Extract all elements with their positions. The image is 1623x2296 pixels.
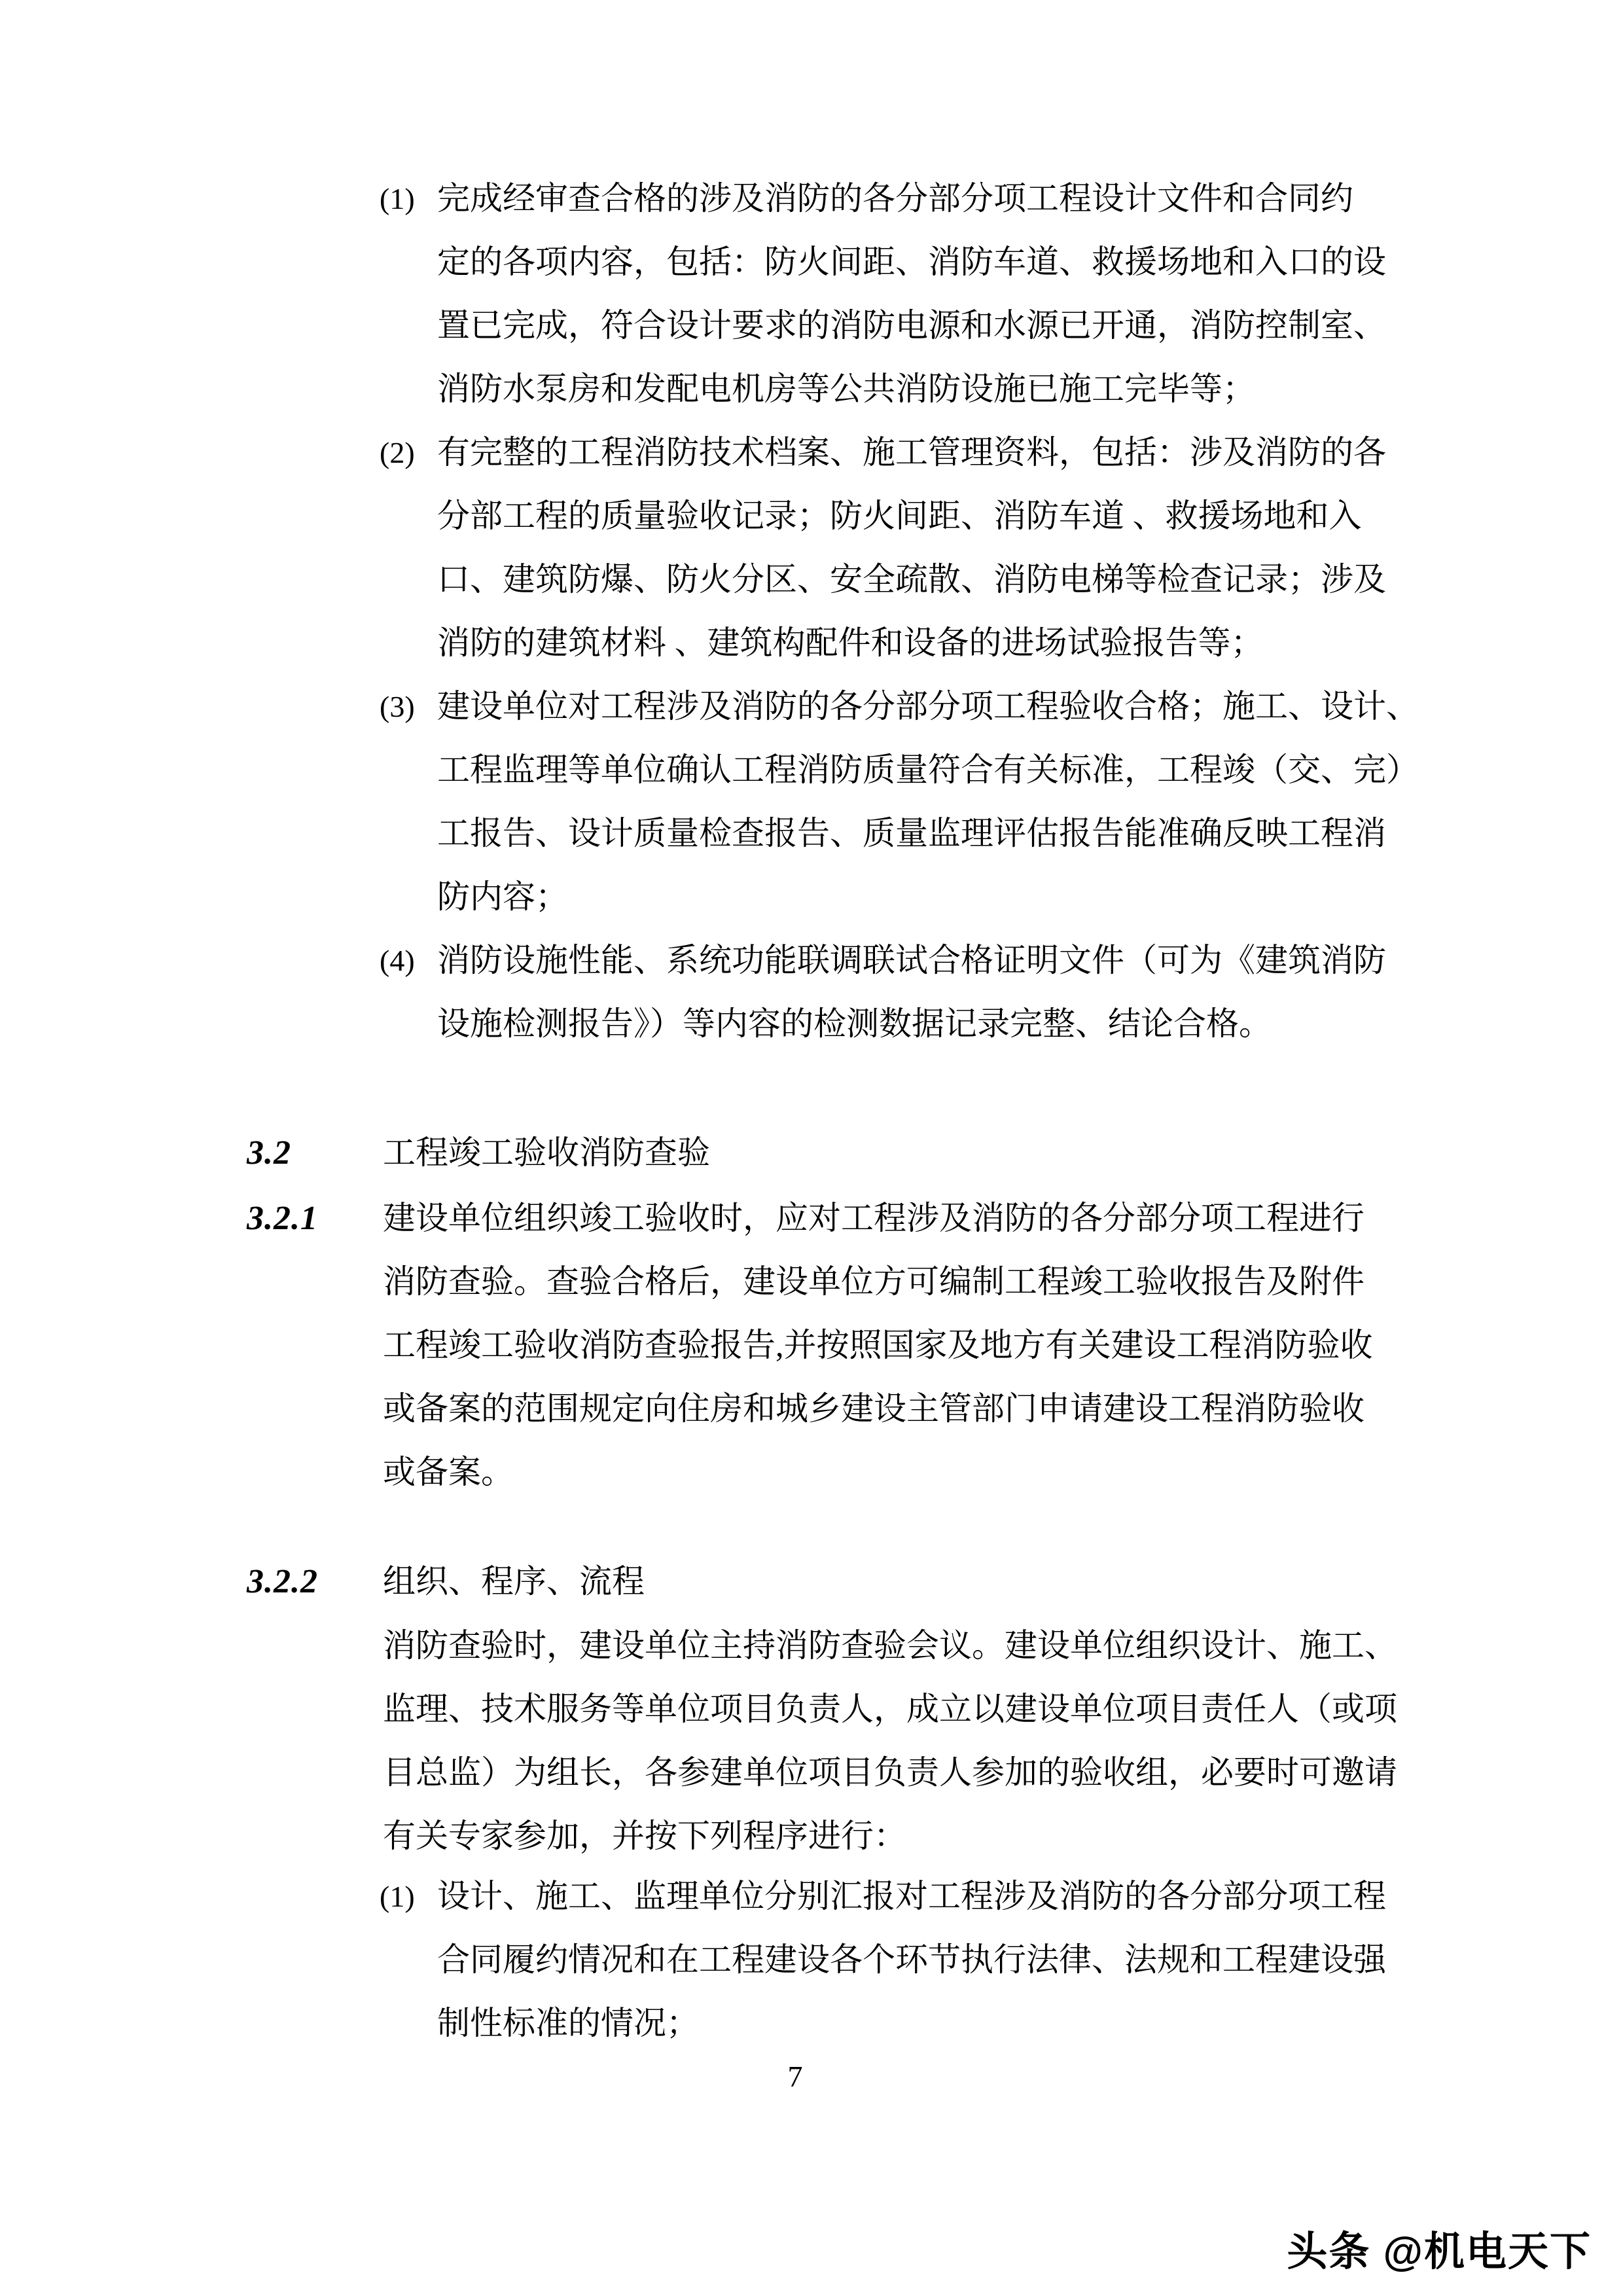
- text-line: 工报告、设计质量检查报告、质量监理评估报告能准确反映工程消: [437, 802, 1419, 865]
- text-line: 目总监）为组长，各参建单位项目负责人参加的验收组，必要时可邀请: [383, 1741, 1397, 1804]
- text-line: 合同履约情况和在工程建设各个环节执行法律、法规和工程建设强: [437, 1928, 1386, 1992]
- text-line: 防内容；: [437, 865, 1419, 929]
- text-line: 完成经审查合格的涉及消防的各分部分项工程设计文件和合同约: [437, 167, 1386, 230]
- text-line: 消防查验时，建设单位主持消防查验会议。建设单位组织设计、施工、: [383, 1614, 1397, 1677]
- page-number: 7: [0, 2057, 1590, 2096]
- section-number: 3.2.1: [247, 1187, 383, 1250]
- text-line: 有关专家参加，并按下列程序进行：: [383, 1804, 1397, 1868]
- section-number: 3.2: [247, 1121, 383, 1185]
- section-number: 3.2.2: [247, 1550, 383, 1613]
- list-item-text: 有完整的工程消防技术档案、施工管理资料，包括：涉及消防的各 分部工程的质量验收记…: [437, 421, 1386, 675]
- list-item: (3) 建设单位对工程涉及消防的各分部分项工程验收合格；施工、设计、 工程监理等…: [0, 675, 1419, 929]
- list-item-text: 设计、施工、监理单位分别汇报对工程涉及消防的各分部分项工程 合同履约情况和在工程…: [437, 1865, 1386, 2055]
- text-line: 口、建筑防爆、防火分区、安全疏散、消防电梯等检查记录；涉及: [437, 548, 1386, 611]
- procedure-list-item: (1) 设计、施工、监理单位分别汇报对工程涉及消防的各分部分项工程 合同履约情况…: [0, 1865, 1386, 2055]
- list-item: (2) 有完整的工程消防技术档案、施工管理资料，包括：涉及消防的各 分部工程的质…: [0, 421, 1419, 675]
- text-line: 建设单位组织竣工验收时，应对工程涉及消防的各分部分项工程进行: [383, 1187, 1373, 1250]
- list-item-text: 完成经审查合格的涉及消防的各分部分项工程设计文件和合同约 定的各项内容，包括：防…: [437, 167, 1386, 421]
- text-line: 设计、施工、监理单位分别汇报对工程涉及消防的各分部分项工程: [437, 1865, 1386, 1928]
- list-item-text: 建设单位对工程涉及消防的各分部分项工程验收合格；施工、设计、 工程监理等单位确认…: [437, 675, 1419, 929]
- text-line: 分部工程的质量验收记录；防火间距、消防车道 、救援场地和入: [437, 484, 1386, 548]
- text-line: 设施检测报告》）等内容的检测数据记录完整、结论合格。: [437, 992, 1386, 1056]
- text-line: 监理、技术服务等单位项目负责人，成立以建设单位项目责任人（或项: [383, 1677, 1397, 1741]
- list-item-marker: (1): [380, 167, 437, 230]
- list-item-marker: (4): [380, 929, 437, 992]
- text-line: 定的各项内容，包括：防火间距、消防车道、救援场地和入口的设: [437, 230, 1386, 294]
- text-line: 工程监理等单位确认工程消防质量符合有关标准，工程竣（交、完）: [437, 738, 1419, 802]
- text-line: 或备案的范围规定向住房和城乡建设主管部门申请建设工程消防验收: [383, 1377, 1373, 1441]
- text-line: 消防查验。查验合格后，建设单位方可编制工程竣工验收报告及附件: [383, 1250, 1373, 1314]
- text-line: 建设单位对工程涉及消防的各分部分项工程验收合格；施工、设计、: [437, 675, 1419, 738]
- section-title: 组织、程序、流程: [383, 1550, 645, 1613]
- text-line: 有完整的工程消防技术档案、施工管理资料，包括：涉及消防的各: [437, 421, 1386, 484]
- requirements-list: (1) 完成经审查合格的涉及消防的各分部分项工程设计文件和合同约 定的各项内容，…: [0, 167, 1419, 1056]
- section-3-2-2-heading: 3.2.2 组织、程序、流程: [0, 1550, 645, 1613]
- text-line: 或备案。: [383, 1441, 1373, 1504]
- section-3-2: 3.2 工程竣工验收消防查验: [0, 1121, 710, 1185]
- section-3-2-1: 3.2.1 建设单位组织竣工验收时，应对工程涉及消防的各分部分项工程进行 消防查…: [0, 1187, 1373, 1504]
- text-line: 置已完成，符合设计要求的消防电源和水源已开通，消防控制室、: [437, 294, 1386, 357]
- watermark: 头条 @机电天下: [1287, 2219, 1592, 2277]
- text-line: 工程竣工验收消防查验报告,并按照国家及地方有关建设工程消防验收: [383, 1314, 1373, 1377]
- list-item: (1) 完成经审查合格的涉及消防的各分部分项工程设计文件和合同约 定的各项内容，…: [0, 167, 1419, 421]
- text-line: 消防水泵房和发配电机房等公共消防设施已施工完毕等；: [437, 357, 1386, 421]
- document-page: (1) 完成经审查合格的涉及消防的各分部分项工程设计文件和合同约 定的各项内容，…: [0, 0, 1623, 2296]
- section-title: 工程竣工验收消防查验: [383, 1121, 710, 1185]
- list-item: (4) 消防设施性能、系统功能联调联试合格证明文件（可为《建筑消防 设施检测报告…: [0, 929, 1419, 1056]
- list-item-marker: (2): [380, 421, 437, 484]
- text-line: 消防设施性能、系统功能联调联试合格证明文件（可为《建筑消防: [437, 929, 1386, 992]
- list-item-marker: (1): [380, 1865, 437, 1928]
- section-3-2-2-paragraph: 消防查验时，建设单位主持消防查验会议。建设单位组织设计、施工、 监理、技术服务等…: [383, 1614, 1397, 1868]
- section-text: 建设单位组织竣工验收时，应对工程涉及消防的各分部分项工程进行 消防查验。查验合格…: [383, 1187, 1373, 1504]
- text-line: 制性标准的情况；: [437, 1992, 1386, 2055]
- list-item-marker: (3): [380, 675, 437, 738]
- text-line: 消防的建筑材料 、建筑构配件和设备的进场试验报告等；: [437, 611, 1386, 675]
- list-item-text: 消防设施性能、系统功能联调联试合格证明文件（可为《建筑消防 设施检测报告》）等内…: [437, 929, 1386, 1056]
